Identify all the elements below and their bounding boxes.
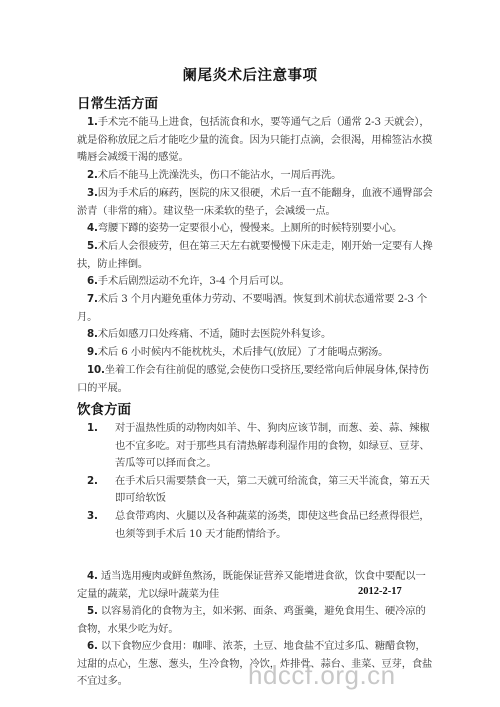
- daily-item-10: 10.坐着工作会有往前促的感觉,会使伤口受挤压,要经常向后伸展身体,保持伤口的平…: [77, 362, 435, 397]
- diet-item-2: 2. 在手术后只需要禁食一天，第二天就可给流食，第三天半流食，第五天即可给软饭: [77, 473, 435, 508]
- daily-item-6: 6.手术后剧烈运动不允许，3-4 个月后可以。: [77, 273, 435, 291]
- document-title: 阑尾炎术后注意事项: [0, 64, 500, 85]
- diet-item-1: 1. 对于温热性质的动物肉如羊、牛、狗肉应该节制，而葱、姜、蒜、辣椒也不宜多吃。…: [77, 420, 435, 473]
- watermark: hdccf.org.cn: [248, 660, 396, 691]
- daily-item-1: 1.手术完不能马上进食，包括流食和水，要等通气之后（通常 2-3 天就会），就是…: [77, 114, 435, 167]
- daily-item-4: 4.弯腰下蹲的姿势一定要很小心，慢慢来。上厕所的时候特别要小心。: [77, 220, 435, 238]
- daily-item-9: 9.术后 6 小时候内不能枕枕头，术后排气(放屁）了才能喝点粥汤。: [77, 344, 435, 362]
- document-date: 2012-2-17: [358, 586, 402, 597]
- daily-item-7: 7.术后 3 个月内避免重体力劳动、不要喝酒。恢复到术前状态通常要 2-3 个月…: [77, 291, 435, 326]
- daily-item-8: 8.术后如感刀口处疼痛、不适，随时去医院外科复诊。: [77, 326, 435, 344]
- daily-item-2: 2.术后不能马上洗澡洗头，伤口不能沾水，一周后再洗。: [77, 167, 435, 185]
- daily-item-5: 5.术后人会很疲劳，但在第三天左右就要慢慢下床走走，刚开始一定要有人搀扶，防止摔…: [77, 238, 435, 273]
- diet-item-3: 3. 总食带鸡肉、火腿以及各种蔬菜的汤类，即使这些食品已经煮得很烂，也须等到手术…: [77, 508, 435, 543]
- section-heading-diet: 饮食方面: [77, 398, 131, 418]
- diet-list: 1. 对于温热性质的动物肉如羊、牛、狗肉应该节制，而葱、姜、蒜、辣椒也不宜多吃。…: [77, 420, 435, 543]
- diet-item-5: 5. 以容易消化的食物为主，如米粥、面条、鸡蛋羹，避免食用生、硬冷凉的食物，水果…: [77, 603, 435, 638]
- document-page: 阑尾炎术后注意事项 日常生活方面 1.手术完不能马上进食，包括流食和水，要等通气…: [0, 0, 500, 707]
- daily-item-3: 3.因为手术后的麻药，医院的床又很硬，术后一直不能翻身，血液不通臀部会淤青（非常…: [77, 185, 435, 220]
- section-heading-daily-life: 日常生活方面: [77, 92, 158, 112]
